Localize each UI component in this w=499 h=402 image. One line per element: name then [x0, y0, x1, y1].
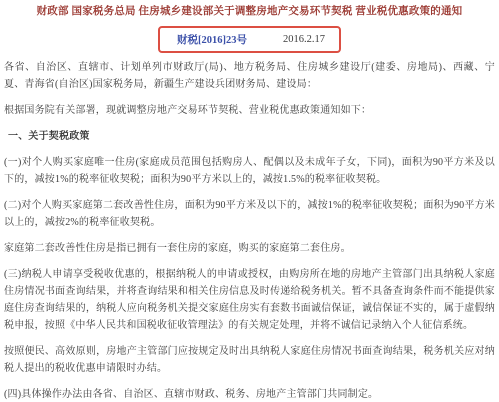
body-paragraph: 家庭第二套改善性住房是指已拥有一套住房的家庭，购买的家庭第二套住房。 [4, 240, 495, 257]
doc-number: 财税[2016]23号 [177, 32, 247, 47]
doc-date: 2016.2.17 [283, 34, 325, 45]
body-paragraph: (三)纳税人申请享受税收优惠的，根据纳税人的申请或授权，由购房所在地的房地产主管… [4, 266, 495, 334]
document-title: 财政部 国家税务总局 住房城乡建设部关于调整房地产交易环节契税 营业税优惠政策的… [4, 5, 495, 18]
body-paragraph: (二)对个人购买家庭第二套改善性住房，面积为90平方米及以下的，减按1%的税率征… [4, 197, 495, 231]
doc-number-box: 财税[2016]23号 2016.2.17 [158, 26, 341, 53]
body-paragraph: (四)具体操作办法由各省、自治区、直辖市财政、税务、房地产主管部门共同制定。 [4, 386, 495, 402]
body-paragraph: 按照便民、高效原则，房地产主管部门应按规定及时出具纳税人家庭住房情况书面查询结果… [4, 343, 495, 377]
section-heading: 一、关于契税政策 [4, 128, 495, 145]
body-paragraph: 各省、自治区、直辖市、计划单列市财政厅(局)、地方税务局、住房城乡建设厅(建委、… [4, 59, 495, 93]
document-body: 各省、自治区、直辖市、计划单列市财政厅(局)、地方税务局、住房城乡建设厅(建委、… [4, 59, 495, 402]
body-paragraph: 根据国务院有关部署，现就调整房地产交易环节契税、营业税优惠政策通知如下： [4, 102, 495, 119]
document-page: 财政部 国家税务总局 住房城乡建设部关于调整房地产交易环节契税 营业税优惠政策的… [0, 0, 499, 402]
body-paragraph: (一)对个人购买家庭唯一住房(家庭成员范围包括购房人、配偶以及未成年子女，下同)… [4, 154, 495, 188]
